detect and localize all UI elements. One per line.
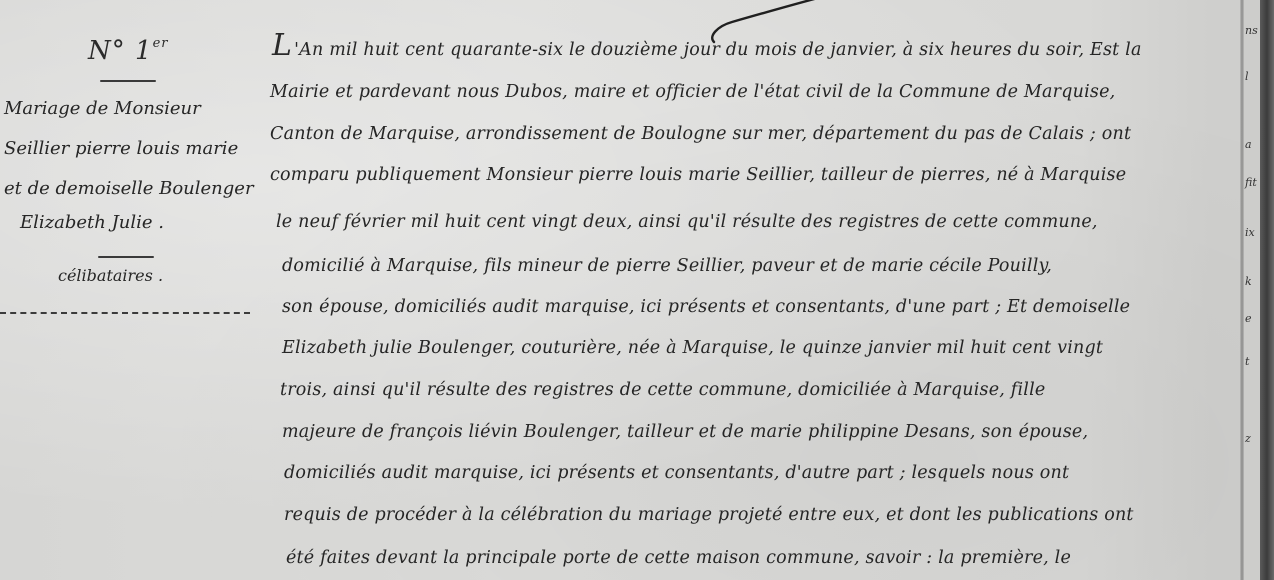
- entry-number-value: 1: [135, 36, 153, 66]
- edge-note: l: [1245, 70, 1249, 83]
- edge-note: e: [1245, 312, 1252, 325]
- margin-bride-intro: et de demoiselle Boulenger: [4, 178, 254, 199]
- edge-note: fit: [1245, 176, 1257, 189]
- act-line-5: le neuf février mil huit cent vingt deux…: [276, 212, 1098, 232]
- entry-number-suffix: er: [153, 36, 169, 51]
- act-line-text: 'An mil huit cent quarante-six le douziè…: [294, 40, 1142, 60]
- edge-note: k: [1245, 275, 1252, 288]
- edge-note: ix: [1245, 226, 1255, 239]
- margin-separator: [0, 312, 250, 314]
- act-line-13: été faites devant la principale porte de…: [286, 548, 1071, 568]
- act-line-3: Canton de Marquise, arrondissement de Bo…: [270, 124, 1131, 144]
- adjacent-page-edge: [1244, 0, 1260, 580]
- edge-note: t: [1245, 355, 1249, 368]
- margin-bride-name: Elizabeth Julie .: [20, 212, 164, 233]
- act-line-9: trois, ainsi qu'il résulte des registres…: [280, 380, 1045, 400]
- margin-status: célibataires .: [58, 266, 163, 285]
- margin-title-line: Mariage de Monsieur: [4, 98, 201, 119]
- book-binding: [1260, 0, 1274, 580]
- drop-cap: L: [272, 28, 292, 63]
- edge-note: z: [1245, 432, 1251, 445]
- margin-groom-name: Seillier pierre louis marie: [4, 138, 238, 159]
- entry-number-prefix: N°: [88, 36, 126, 66]
- act-line-12: requis de procéder à la célébration du m…: [284, 505, 1134, 525]
- act-line-7: son épouse, domiciliés audit marquise, i…: [282, 297, 1130, 317]
- register-page: N° 1er Mariage de Monsieur Seillier pier…: [0, 0, 1274, 580]
- marriage-act-text: L'An mil huit cent quarante-six le douzi…: [270, 0, 1245, 580]
- act-line-11: domiciliés audit marquise, ici présents …: [284, 463, 1069, 483]
- edge-note: ns: [1245, 24, 1258, 37]
- underline-squiggle: [100, 80, 156, 82]
- act-line-10: majeure de françois liévin Boulenger, ta…: [282, 422, 1088, 442]
- act-line-8: Elizabeth julie Boulenger, couturière, n…: [282, 338, 1103, 358]
- entry-number: N° 1er: [88, 36, 168, 66]
- edge-note: a: [1245, 138, 1252, 151]
- act-line-2: Mairie et pardevant nous Dubos, maire et…: [270, 82, 1115, 102]
- underline-squiggle: [98, 256, 154, 258]
- act-line-1: L'An mil huit cent quarante-six le douzi…: [272, 28, 1142, 63]
- act-line-6: domicilié à Marquise, fils mineur de pie…: [282, 256, 1052, 276]
- margin-annotation: N° 1er Mariage de Monsieur Seillier pier…: [0, 0, 270, 580]
- act-line-4: comparu publiquement Monsieur pierre lou…: [270, 165, 1126, 185]
